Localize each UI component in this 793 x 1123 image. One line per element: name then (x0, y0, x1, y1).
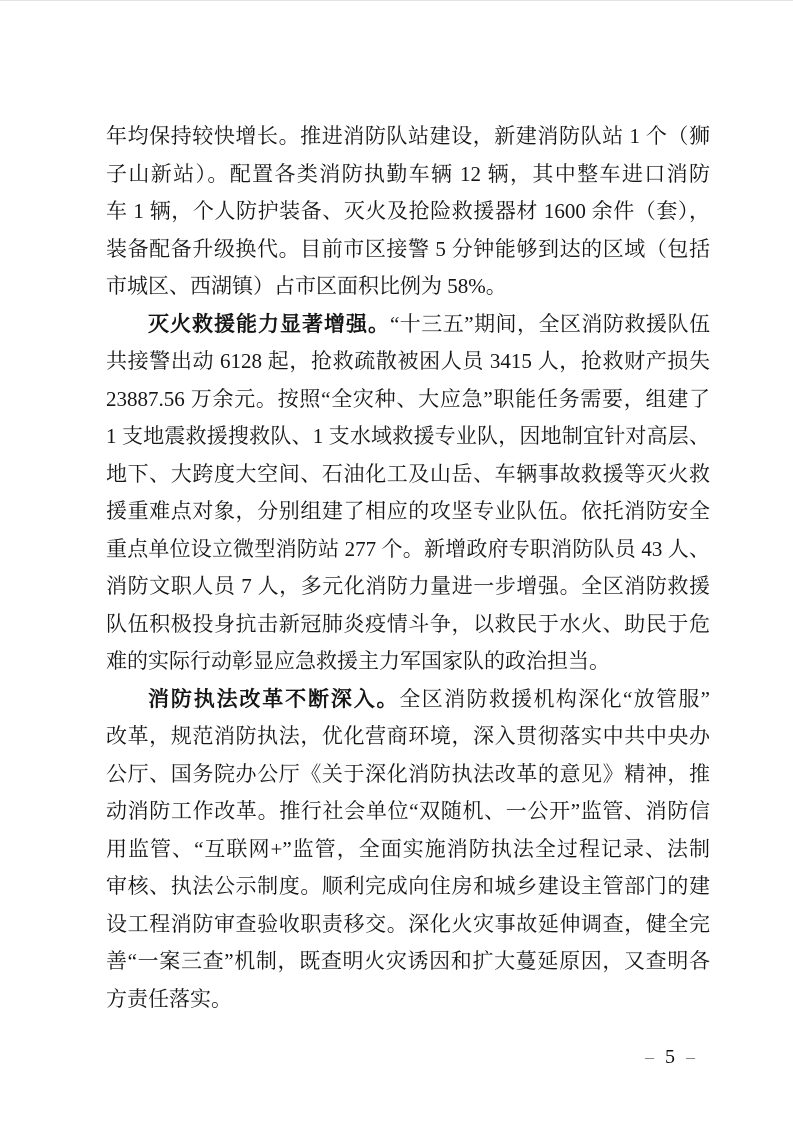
text-line-rest: “十三五”期间，全区消防救援队伍 (390, 312, 710, 336)
text-line: 重点单位设立微型消防站 277 个。新增政府专职消防队员 43 人、 (106, 531, 710, 569)
text-line: 善“一案三查”机制，既查明火灾诱因和扩大蔓延原因，又查明各 (106, 943, 710, 981)
text-line: 市城区、西湖镇）占市区面积比例为 58%。 (106, 268, 710, 306)
text-line: 车 1 辆，个人防护装备、灭火及抢险救援器材 1600 余件（套）， (106, 193, 710, 231)
text-line: 子山新站）。配置各类消防执勤车辆 12 辆，其中整车进口消防 (106, 156, 710, 194)
text-line: 装备配备升级换代。目前市区接警 5 分钟能够到达的区域（包括 (106, 231, 710, 269)
paragraph-rescue-capability: 灭火救援能力显著增强。“十三五”期间，全区消防救援队伍 共接警出动 6128 起… (106, 306, 710, 681)
page-number: 5 (665, 1046, 675, 1068)
text-line: 消防文职人员 7 人，多元化消防力量进一步增强。全区消防救援 (106, 568, 710, 606)
text-line: 援重难点对象，分别组建了相应的攻坚专业队伍。依托消防安全 (106, 493, 710, 531)
text-line: 公厅、国务院办公厅《关于深化消防执法改革的意见》精神，推 (106, 756, 710, 794)
text-line: 年均保持较快增长。推进消防队站建设，新建消防队站 1 个（狮 (106, 118, 710, 156)
paragraph-fire-station-construction: 年均保持较快增长。推进消防队站建设，新建消防队站 1 个（狮 子山新站）。配置各… (106, 118, 710, 306)
text-line: 队伍积极投身抗击新冠肺炎疫情斗争，以救民于水火、助民于危 (106, 606, 710, 644)
text-line: 方责任落实。 (106, 981, 710, 1019)
text-line: 地下、大跨度大空间、石油化工及山岳、车辆事故救援等灭火救 (106, 456, 710, 494)
text-line: 用监管、“互联网+”监管，全面实施消防执法全过程记录、法制 (106, 831, 710, 869)
paragraph-law-enforcement-reform: 消防执法改革不断深入。全区消防救援机构深化“放管服” 改革，规范消防执法，优化营… (106, 681, 710, 1019)
text-line: 1 支地震救援搜救队、1 支水域救援专业队，因地制宜针对高层、 (106, 418, 710, 456)
page-number-footer: –5– (608, 1043, 732, 1071)
footer-right-dash: – (686, 1047, 695, 1067)
paragraph-bold-lead: 消防执法改革不断深入。 (148, 688, 399, 711)
text-line: 灭火救援能力显著增强。“十三五”期间，全区消防救援队伍 (106, 306, 710, 344)
text-line: 难的实际行动彰显应急救援主力军国家队的政治担当。 (106, 643, 710, 681)
text-line: 23887.56 万余元。按照“全灾种、大应急”职能任务需要，组建了 (106, 381, 710, 419)
footer-left-dash: – (645, 1047, 654, 1067)
text-line: 审核、执法公示制度。顺利完成向住房和城乡建设主管部门的建 (106, 868, 710, 906)
text-line-rest: 全区消防救援机构深化“放管服” (399, 687, 710, 711)
document-body-text: 年均保持较快增长。推进消防队站建设，新建消防队站 1 个（狮 子山新站）。配置各… (106, 118, 710, 1018)
text-line: 改革，规范消防执法，优化营商环境，深入贯彻落实中共中央办 (106, 718, 710, 756)
document-page: 年均保持较快增长。推进消防队站建设，新建消防队站 1 个（狮 子山新站）。配置各… (0, 0, 793, 1123)
text-line: 动消防工作改革。推行社会单位“双随机、一公开”监管、消防信 (106, 793, 710, 831)
text-line: 设工程消防审查验收职责移交。深化火灾事故延伸调查，健全完 (106, 906, 710, 944)
text-line: 共接警出动 6128 起，抢救疏散被困人员 3415 人，抢救财产损失 (106, 343, 710, 381)
text-line: 消防执法改革不断深入。全区消防救援机构深化“放管服” (106, 681, 710, 719)
paragraph-bold-lead: 灭火救援能力显著增强。 (148, 313, 390, 336)
